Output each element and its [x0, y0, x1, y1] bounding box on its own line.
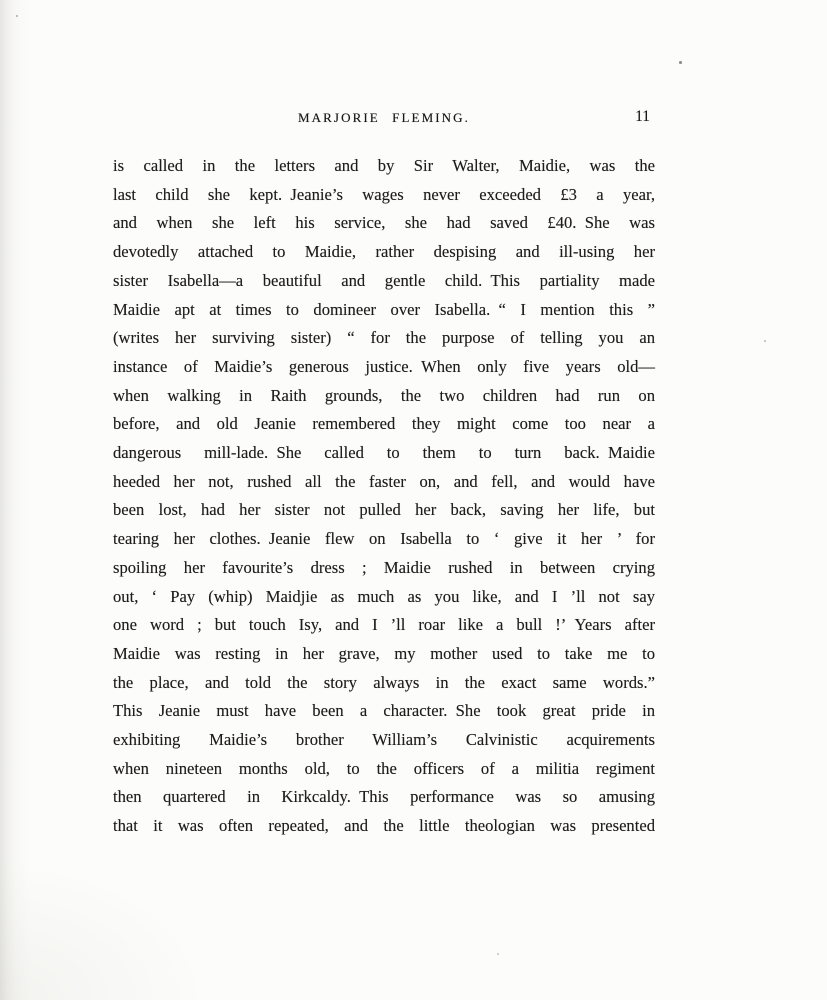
text-line: been lost, had her sister not pulled her…: [113, 496, 655, 525]
text-line: dangerous mill-lade. She called to them …: [113, 439, 655, 468]
text-line: and when she left his service, she had s…: [113, 209, 655, 238]
page-header: MARJORIE FLEMING. 11: [113, 110, 655, 134]
text-line: last child she kept. Jeanie’s wages neve…: [113, 181, 655, 210]
text-line: instance of Maidie’s generous justice. W…: [113, 353, 655, 382]
text-line: devotedly attached to Maidie, rather des…: [113, 238, 655, 267]
scanned-book-page: MARJORIE FLEMING. 11 is called in the le…: [0, 0, 827, 1000]
text-line: (writes her surviving sister) “ for the …: [113, 324, 655, 353]
text-line: exhibiting Maidie’s brother William’s Ca…: [113, 726, 655, 755]
text-line: when nineteen months old, to the officer…: [113, 755, 655, 784]
scan-speck: [497, 953, 499, 955]
text-line: before, and old Jeanie remembered they m…: [113, 410, 655, 439]
text-line: heeded her not, rushed all the faster on…: [113, 468, 655, 497]
scan-speck: [764, 340, 766, 342]
text-line: is called in the letters and by Sir Walt…: [113, 152, 655, 181]
text-line: the place, and told the story always in …: [113, 669, 655, 698]
scan-speck: [16, 15, 18, 17]
text-line: one word ; but touch Isy, and I ’ll roar…: [113, 611, 655, 640]
text-line: sister Isabella—a beautiful and gentle c…: [113, 267, 655, 296]
body-text: is called in the letters and by Sir Walt…: [113, 152, 655, 841]
text-line: out, ‘ Pay (whip) Maidjie as much as you…: [113, 583, 655, 612]
text-line: when walking in Raith grounds, the two c…: [113, 382, 655, 411]
page-number: 11: [635, 108, 650, 126]
text-line: that it was often repeated, and the litt…: [113, 812, 655, 841]
running-header-title: MARJORIE FLEMING.: [113, 110, 655, 126]
text-line: Maidie apt at times to domineer over Isa…: [113, 296, 655, 325]
text-line: This Jeanie must have been a character. …: [113, 697, 655, 726]
text-line: Maidie was resting in her grave, my moth…: [113, 640, 655, 669]
scan-speck: [679, 61, 682, 64]
text-line: spoiling her favourite’s dress ; Maidie …: [113, 554, 655, 583]
text-line: tearing her clothes. Jeanie flew on Isab…: [113, 525, 655, 554]
text-line: then quartered in Kirkcaldy. This perfor…: [113, 783, 655, 812]
